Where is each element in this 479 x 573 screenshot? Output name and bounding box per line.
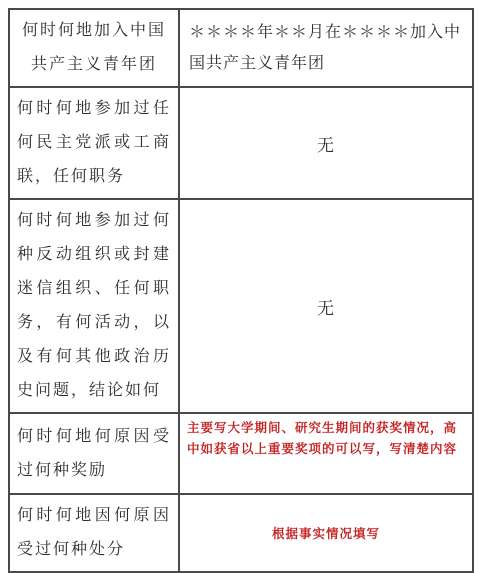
row-question-political-history: 何时何地参加过何种反动组织或封建迷信组织、任何职务，有何活动，以及有何其他政治历… xyxy=(9,199,179,413)
row-answer-punishments-note: 根据事实情况填写 xyxy=(179,494,473,510)
table-row: 何时何地参加过任何民主党派或工商联，任何职务 无 xyxy=(9,87,473,199)
document-page: 何时何地加入中国共产主义青年团 ＊＊＊＊年＊＊月在＊＊＊＊加入中国共产主义青年团… xyxy=(0,0,479,510)
table-row: 何时何地因何原因受过何种处分 根据事实情况填写 xyxy=(9,494,473,510)
table-row: 何时何地何原因受过何种奖励 主要写大学期间、研究生期间的获奖情况，高中如获省以上… xyxy=(9,413,473,494)
row-answer-political-history: 无 xyxy=(179,199,473,413)
questionnaire-table: 何时何地加入中国共产主义青年团 ＊＊＊＊年＊＊月在＊＊＊＊加入中国共产主义青年团… xyxy=(8,8,474,510)
table-row: 何时何地加入中国共产主义青年团 ＊＊＊＊年＊＊月在＊＊＊＊加入中国共产主义青年团 xyxy=(9,9,473,87)
row-answer-youth-league: ＊＊＊＊年＊＊月在＊＊＊＊加入中国共产主义青年团 xyxy=(179,9,473,87)
row-question-democratic-parties: 何时何地参加过任何民主党派或工商联，任何职务 xyxy=(9,87,179,199)
row-answer-awards-note: 主要写大学期间、研究生期间的获奖情况，高中如获省以上重要奖项的可以写，写清楚内容 xyxy=(179,413,473,494)
row-answer-democratic-parties: 无 xyxy=(179,87,473,199)
row-question-punishments: 何时何地因何原因受过何种处分 xyxy=(9,494,179,510)
row-question-awards: 何时何地何原因受过何种奖励 xyxy=(9,413,179,494)
table-row: 何时何地参加过何种反动组织或封建迷信组织、任何职务，有何活动，以及有何其他政治历… xyxy=(9,199,473,413)
row-question-youth-league: 何时何地加入中国共产主义青年团 xyxy=(9,9,179,87)
